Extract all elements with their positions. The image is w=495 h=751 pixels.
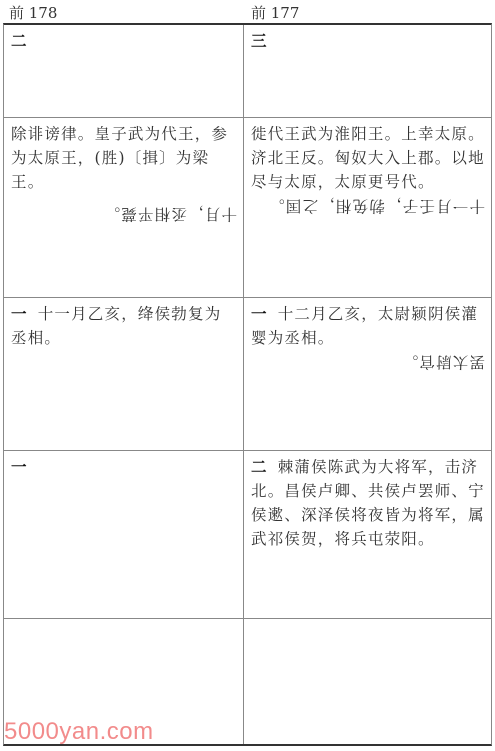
year-header-right: 前 177 — [251, 2, 299, 23]
table-cell: 三 — [244, 25, 491, 117]
year-ordinal: 二 — [251, 458, 268, 476]
table-cell — [244, 619, 491, 746]
year-ordinal: 一 — [251, 305, 268, 323]
table-cell: 一 — [4, 451, 243, 618]
table-cell: 二棘蒲侯陈武为大将军，击济北。昌侯卢卿、共侯卢罢师、宁侯遬、深泽侯将夜皆为将军，… — [244, 451, 491, 618]
table-cell: 二 — [4, 25, 243, 117]
cell-text: 十二月乙亥，太尉颍阴侯灌婴为丞相。 — [251, 305, 478, 347]
table-cell: 一十二月乙亥，太尉颍阴侯灌婴为丞相。 罢太尉官。 — [244, 298, 491, 450]
table-cell: 除诽谤律。皇子武为代王，参为太原王，(胜)〔揖〕为梁王。 十月，丞相平薨。 — [4, 118, 243, 297]
year-ordinal: 二 — [11, 32, 28, 50]
year-ordinal: 一 — [11, 305, 28, 323]
cell-text: 棘蒲侯陈武为大将军，击济北。昌侯卢卿、共侯卢罢师、宁侯遬、深泽侯将夜皆为将军，属… — [251, 458, 485, 548]
inverted-text: 十一月壬子，勃免相，之国。 — [251, 194, 485, 218]
inverted-text: 罢太尉官。 — [251, 350, 485, 374]
table-cell: 徙代王武为淮阳王。上幸太原。济北王反。匈奴大入上郡。以地尽与太原，太原更号代。 … — [244, 118, 491, 297]
year-header-left: 前 178 — [9, 2, 57, 23]
cell-text: 十一月乙亥，绛侯勃复为丞相。 — [11, 305, 221, 347]
cell-text: 除诽谤律。皇子武为代王，参为太原王，(胜)〔揖〕为梁王。 — [11, 125, 228, 191]
table-cell: 一十一月乙亥，绛侯勃复为丞相。 — [4, 298, 243, 450]
inverted-text: 十月，丞相平薨。 — [11, 202, 237, 226]
watermark: 5000yan.com — [4, 718, 154, 746]
cell-text: 徙代王武为淮阳王。上幸太原。济北王反。匈奴大入上郡。以地尽与太原，太原更号代。 — [251, 125, 485, 191]
year-ordinal: 一 — [11, 458, 28, 476]
chronology-table: 二 三 除诽谤律。皇子武为代王，参为太原王，(胜)〔揖〕为梁王。 十月，丞相平薨… — [3, 23, 492, 746]
year-ordinal: 三 — [251, 32, 268, 50]
